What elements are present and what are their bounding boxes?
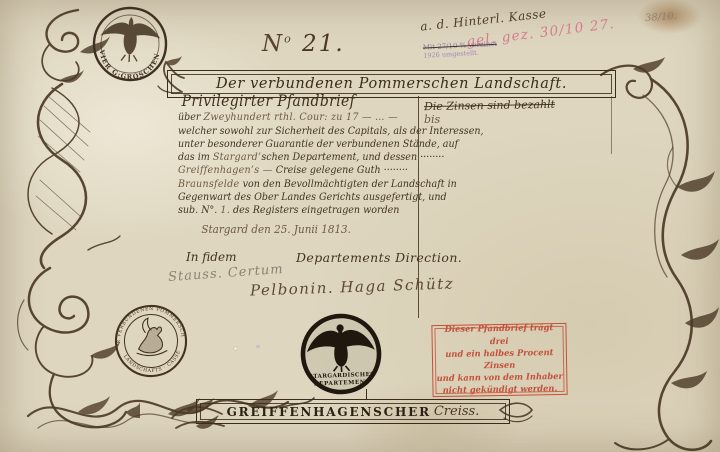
in-fidem-label: In fidem [186, 250, 236, 264]
red-stamp-line: und ein halbes Procent Zinsen [435, 347, 564, 374]
ink-speck [256, 345, 260, 348]
red-clause-stamp: Dieser Pfandbrief trägt dreiund ein halb… [431, 323, 567, 397]
body-line-segment: Greiffenhagen’s — [178, 164, 276, 176]
body-line: welcher sowohl zur Sicherheit des Capita… [178, 125, 423, 138]
red-stamp-text: Dieser Pfandbrief trägt dreiund ein halb… [434, 322, 564, 397]
signature-ink: Pelbonin. Haga Schütz [250, 274, 455, 299]
document-number: No 21. [262, 31, 345, 57]
body-line-segment: unter besonderer Guarantie der verbunden… [178, 138, 458, 150]
body-line: Braunsfelde von den Bevollmächtigten der… [178, 178, 423, 191]
kreis-banner: GREIFFENHAGENSCHER Creiss. [196, 399, 510, 424]
date-line: Stargard den 25. Junii 1813. [201, 223, 422, 236]
body-line-segment: 1. [220, 204, 230, 216]
body-line-segment: über [178, 111, 203, 123]
body-line-segment: sub. N°. [178, 204, 220, 216]
body-line: unter besonderer Guarantie der verbunden… [178, 138, 423, 151]
body-line-segment: von den Bevollmächtigten der Landschaft … [243, 178, 457, 190]
document-scan: VIER G:GROSCHEN No 21. a. d. Hinterl. Ka… [0, 0, 720, 452]
right-frame-line [611, 96, 612, 154]
body-line-segment: Creise gelegene Guth ········ [276, 164, 408, 176]
number-value: 21. [293, 31, 345, 57]
body-line: Greiffenhagen’s — Creise gelegene Guth ·… [178, 164, 423, 177]
body-line: das im Stargard’schen Departement, und d… [178, 151, 423, 164]
main-text-block: Privilegirter Pfandbrief über Zweyhunder… [178, 95, 423, 236]
departement-stamp: STARGARDISCHES DEPARTEMENT [298, 310, 385, 399]
title-banner-text: Der verbundenen Pommerschen Landschaft. [216, 76, 567, 92]
red-stamp-line: Dieser Pfandbrief trägt drei [434, 322, 563, 349]
kreis-banner-script-text: Creiss. [434, 404, 480, 419]
body-line-segment: schen Departement, und dessen ········ [261, 151, 444, 163]
tax-seal: VIER G:GROSCHEN [84, 1, 176, 87]
pinhole [234, 347, 237, 350]
number-ordinal: o [284, 32, 293, 45]
right-border-ornament [593, 55, 720, 452]
body-line-segment: Braunsfelde [178, 178, 243, 190]
griffin-icon [134, 317, 167, 357]
departements-direction-label: Departements Direction. [296, 250, 462, 265]
purple-office-stamp: Mit 27/10 % verzinst 1926 umgestellt. [423, 36, 564, 59]
landschaft-seal: DER VERBUNDENEN POMMERSCHEN LANDSCHAFTS … [109, 299, 194, 384]
body-line-segment: welcher sowohl zur Sicherheit des Capita… [178, 125, 484, 137]
body-line-segment: Zweyhundert rthl. Cour: zu 17 — … — [203, 111, 397, 123]
body-line: sub. N°. 1. des Registers eingetragen wo… [178, 204, 423, 217]
body-line-segment: des Registers eingetragen worden [230, 204, 399, 216]
red-stamp-line: nicht gekündigt werden. [435, 383, 564, 397]
document-heading: Privilegirter Pfandbrief [182, 95, 423, 108]
body-line-segment: Stargard’ [213, 151, 262, 163]
number-prefix: N [262, 31, 284, 57]
eagle-icon [99, 15, 161, 63]
banner-connector-line [366, 389, 367, 399]
interest-paid-label: Die Zinsen sind bezahlt [424, 98, 555, 113]
kreis-banner-stamped-text: GREIFFENHAGENSCHER [227, 405, 431, 419]
body-line: über Zweyhundert rthl. Cour: zu 17 — … — [178, 111, 423, 124]
body-line-segment: das im [178, 151, 213, 163]
interest-till-note: bis [424, 113, 440, 126]
body-line: Gegenwart des Ober Landes Gerichts ausge… [178, 191, 423, 204]
body-line-segment: Gegenwart des Ober Landes Gerichts ausge… [178, 191, 447, 203]
body-lines: über Zweyhundert rthl. Cour: zu 17 — … —… [178, 111, 423, 217]
pencil-annotation: 38/10. [645, 11, 678, 24]
